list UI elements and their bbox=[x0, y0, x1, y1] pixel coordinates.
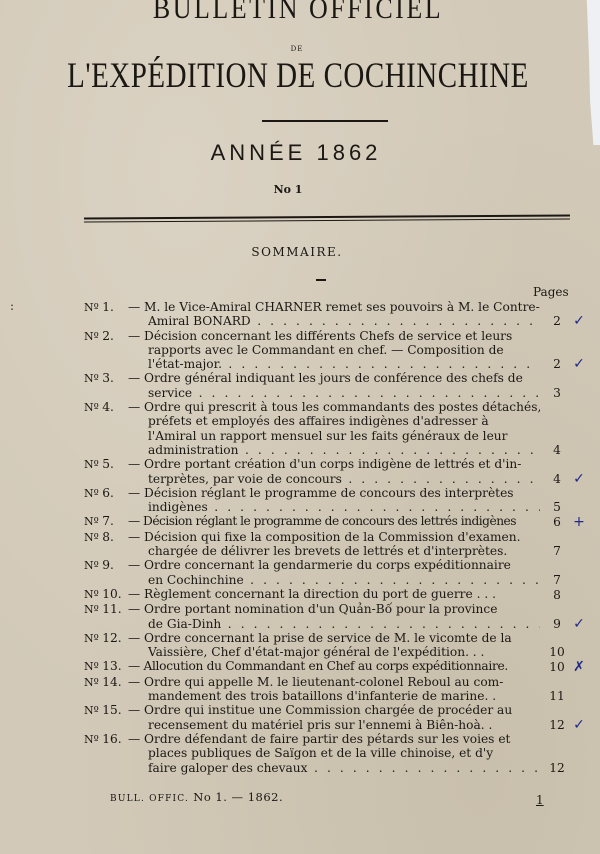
entry-text: — Ordre concernant la prise de service d… bbox=[136, 631, 540, 660]
toc-entry[interactable]: Nº 2. — Décision concernant les différen… bbox=[84, 329, 584, 372]
entry-page: 10 bbox=[542, 660, 572, 674]
entry-text: — Ordre qui institue une Commission char… bbox=[136, 703, 540, 732]
entry-text: — Ordre portant création d'un corps indi… bbox=[136, 457, 540, 486]
entry-page: 12 bbox=[542, 718, 572, 732]
pen-checkmark-icon: ✓ bbox=[570, 718, 588, 732]
toc-entry[interactable]: Nº 13. — Allocution du Commandant en Che… bbox=[84, 659, 584, 674]
toc-entry[interactable]: Nº 16. — Ordre défendant de faire partir… bbox=[84, 732, 584, 775]
pen-checkmark-icon: ✓ bbox=[570, 472, 588, 486]
entry-page: 4 bbox=[542, 472, 572, 486]
pages-column-label: Pages bbox=[533, 285, 569, 299]
document-page: BULLETIN OFFICIEL DE L'EXPÉDITION DE COC… bbox=[0, 0, 600, 854]
entry-text: — Règlement concernant la direction du p… bbox=[136, 587, 540, 602]
footer-issue: No 1. — 1862. bbox=[193, 790, 283, 804]
toc-entry[interactable]: Nº 5. — Ordre portant création d'un corp… bbox=[84, 457, 584, 486]
toc-entry[interactable]: Nº 6. — Décision réglant le programme de… bbox=[84, 486, 584, 515]
entry-page: 7 bbox=[542, 573, 572, 587]
entry-text: — Ordre général indiquant les jours de c… bbox=[136, 371, 540, 400]
entry-text: — Ordre qui prescrit à tous les commanda… bbox=[136, 400, 540, 457]
entry-page: 3 bbox=[542, 386, 572, 400]
entry-page: 9 bbox=[542, 617, 572, 631]
pen-cross-icon: + bbox=[570, 515, 588, 529]
toc-entry[interactable]: Nº 4. — Ordre qui prescrit à tous les co… bbox=[84, 400, 584, 457]
entry-page: 2 bbox=[542, 314, 572, 328]
title-de: DE bbox=[0, 45, 600, 53]
toc-entry[interactable]: Nº 8. — Décision qui fixe la composition… bbox=[84, 530, 584, 559]
entry-page: 4 bbox=[542, 443, 572, 457]
entry-page: 5 bbox=[542, 500, 572, 514]
entry-page: 6 bbox=[542, 515, 572, 529]
toc-entry[interactable]: Nº 10. — Règlement concernant la directi… bbox=[84, 587, 584, 602]
entry-text: — Décision concernant les différents Che… bbox=[136, 329, 540, 372]
entry-page: 8 bbox=[542, 588, 572, 602]
entry-page: 7 bbox=[542, 544, 572, 558]
double-rule-divider bbox=[84, 215, 570, 223]
entry-page: 10 bbox=[542, 645, 572, 659]
table-of-contents: Nº 1. — M. le Vice-Amiral CHARNER remet … bbox=[84, 300, 584, 775]
entry-text: — Ordre portant nomination d'un Quản-Bố … bbox=[136, 602, 540, 631]
entry-text: — Ordre défendant de faire partir des pé… bbox=[136, 732, 540, 775]
year-heading: ANNÉE 1862 bbox=[0, 140, 600, 166]
issue-number: No 1 bbox=[0, 183, 600, 196]
toc-entry[interactable]: Nº 11. — Ordre portant nomination d'un Q… bbox=[84, 602, 584, 631]
toc-entry[interactable]: Nº 3. — Ordre général indiquant les jour… bbox=[84, 371, 584, 400]
toc-entry[interactable]: Nº 12. — Ordre concernant la prise de se… bbox=[84, 631, 584, 660]
pen-checkmark-icon: ✓ bbox=[570, 357, 588, 371]
title-bulletin-officiel: BULLETIN OFFICIEL bbox=[0, 0, 600, 26]
summary-dash bbox=[316, 279, 326, 281]
entry-text: — Ordre concernant la gendarmerie du cor… bbox=[136, 558, 540, 587]
entry-text: — Décision qui fixe la composition de la… bbox=[136, 530, 540, 559]
footer-label: BULL. OFFIC. bbox=[110, 794, 189, 804]
toc-entry[interactable]: Nº 1. — M. le Vice-Amiral CHARNER remet … bbox=[84, 300, 584, 329]
pen-checkmark-icon: ✓ bbox=[570, 314, 588, 328]
toc-entry[interactable]: Nº 9. — Ordre concernant la gendarmerie … bbox=[84, 558, 584, 587]
summary-heading: SOMMAIRE. bbox=[0, 245, 600, 259]
page-footer: BULL. OFFIC. No 1. — 1862. bbox=[110, 790, 283, 804]
entry-text: — Allocution du Commandant en Chef au co… bbox=[136, 659, 540, 674]
toc-entry[interactable]: Nº 7. — Décision réglant le programme de… bbox=[84, 514, 584, 529]
entry-page: 12 bbox=[542, 761, 572, 775]
toc-entry[interactable]: Nº 14. — Ordre qui appelle M. le lieuten… bbox=[84, 675, 584, 704]
margin-marks: : bbox=[10, 299, 14, 313]
toc-entry[interactable]: Nº 15. — Ordre qui institue une Commissi… bbox=[84, 703, 584, 732]
title-expedition: L'EXPÉDITION DE COCHINCHINE bbox=[0, 56, 600, 97]
pen-checkmark-icon: ✓ bbox=[570, 617, 588, 631]
footer-page-number: 1 bbox=[536, 793, 544, 807]
entry-text: — Ordre qui appelle M. le lieutenant-col… bbox=[136, 675, 540, 704]
entry-page: 11 bbox=[542, 689, 572, 703]
title-rule bbox=[262, 120, 388, 122]
entry-text: — Décision réglant le programme de conco… bbox=[136, 486, 540, 515]
entry-text: — M. le Vice-Amiral CHARNER remet ses po… bbox=[136, 300, 540, 329]
entry-page: 2 bbox=[542, 357, 572, 371]
pen-x-mark-icon: ✗ bbox=[570, 660, 588, 674]
entry-text: — Décision réglant le programme de conco… bbox=[136, 514, 540, 529]
